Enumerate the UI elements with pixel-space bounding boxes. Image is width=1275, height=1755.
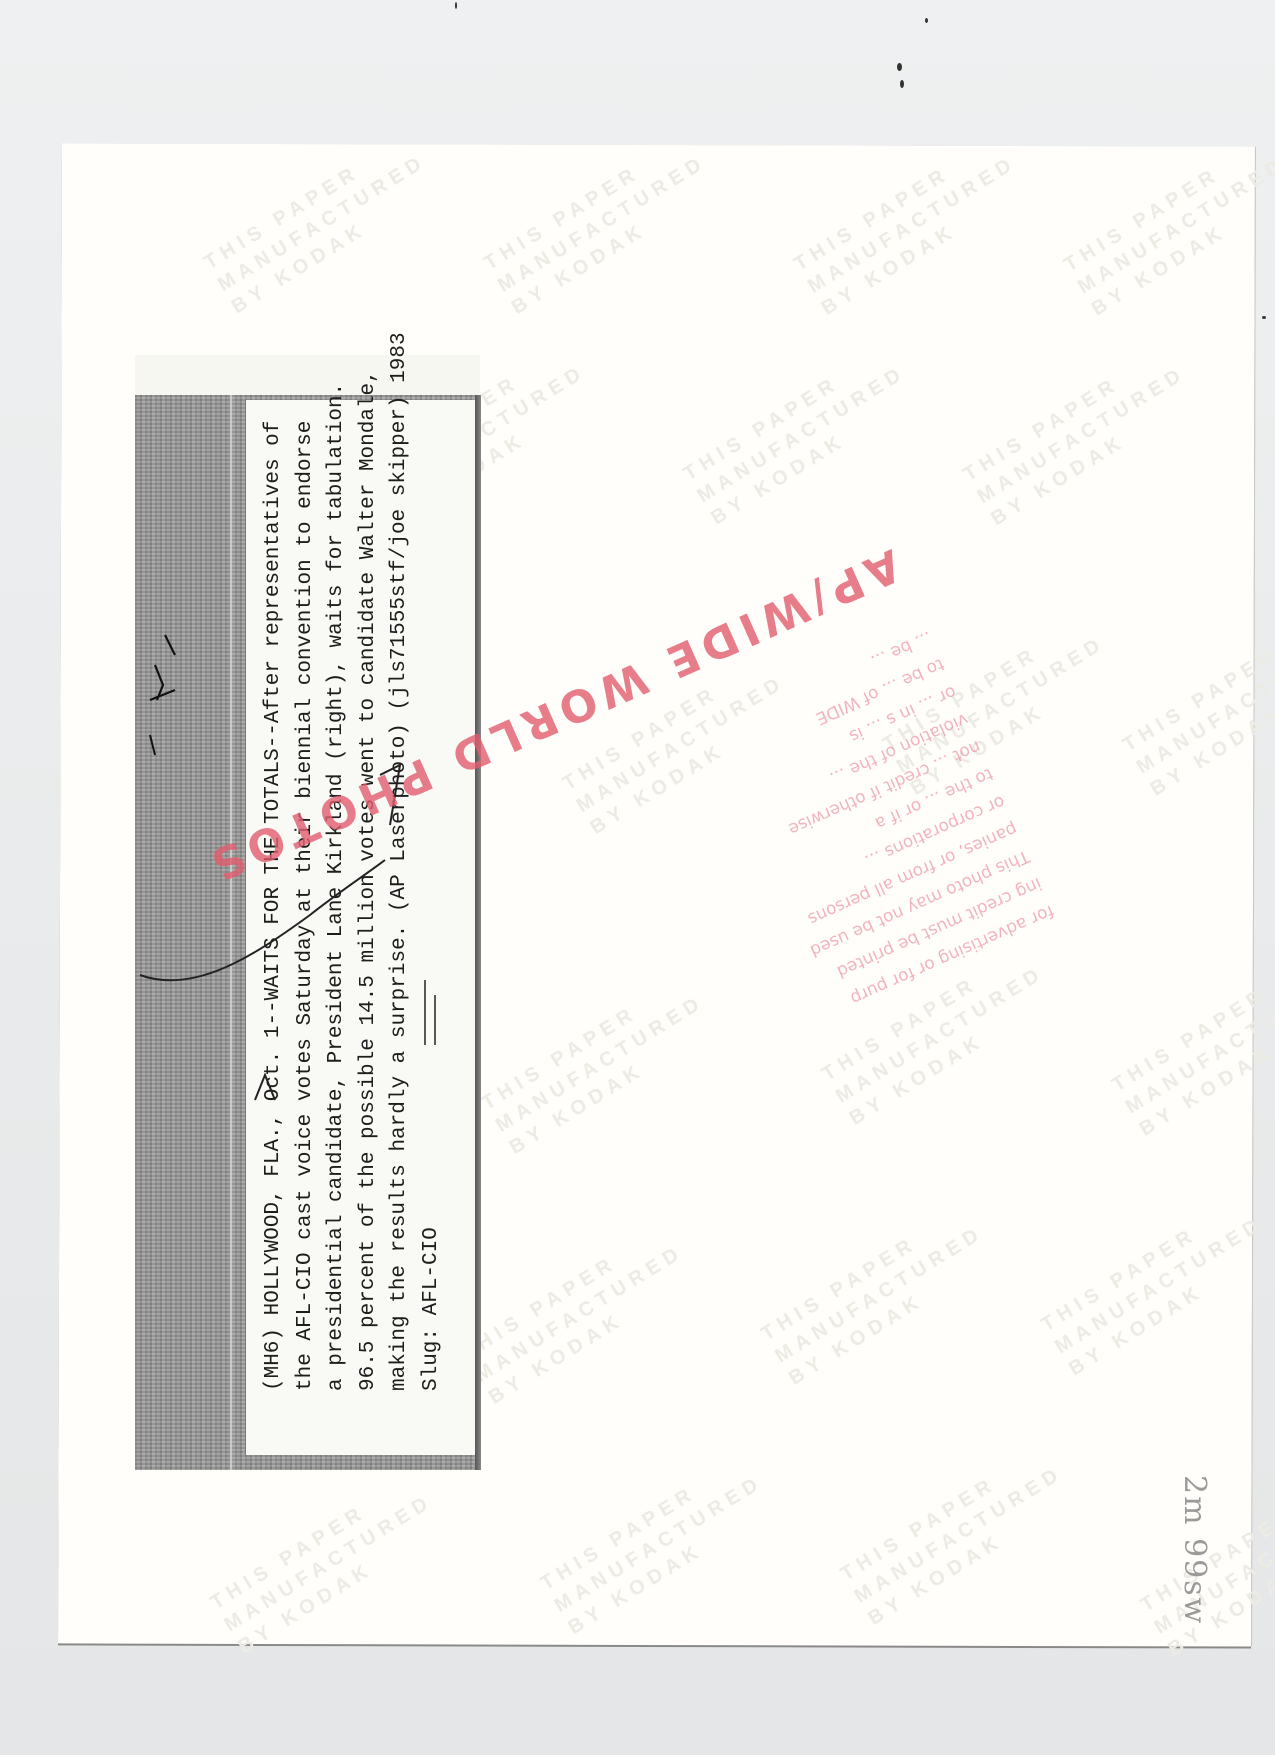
kodak-watermark: THIS PAPER MANUFACTURED BY KODAK [536,1447,782,1640]
caption-clipping: (MH6) HOLLYWOOD, FLA., Oct. 1--WAITS FOR… [135,355,480,1470]
caption-line-5: making the results hardly a surprise. (A… [384,369,416,1391]
caption-line-3: a presidential candidate, President Lane… [321,369,353,1391]
kodak-watermark: THIS PAPER MANUFACTURED BY KODAK [199,126,445,319]
clipping-fold-line [230,395,232,1470]
dust-speck [897,63,902,71]
kodak-watermark: THIS PAPER MANUFACTURED BY KODAK [1059,129,1275,322]
kodak-watermark: THIS PAPER MANUFACTURED BY KODAK [1107,949,1275,1142]
caption-line-1: (MH6) HOLLYWOOD, FLA., Oct. 1--WAITS FOR… [258,369,290,1391]
ap-wide-world-stamp: for advertising or for purp ing credit m… [470,500,1030,1140]
kodak-watermark: THIS PAPER MANUFACTURED BY KODAK [757,1198,1003,1391]
kodak-watermark: THIS PAPER MANUFACTURED BY KODAK [789,128,1035,321]
kodak-watermark: THIS PAPER MANUFACTURED BY KODAK [1118,609,1275,802]
handwritten-archive-note: 2m 99sw [1177,1475,1212,1625]
dust-speck [900,80,904,88]
kodak-watermark: THIS PAPER MANUFACTURED BY KODAK [1037,1189,1275,1382]
kodak-watermark: THIS PAPER MANUFACTURED BY KODAK [479,127,725,320]
kodak-watermark: THIS PAPER MANUFACTURED BY KODAK [206,1466,452,1659]
kodak-watermark: THIS PAPER MANUFACTURED BY KODAK [456,1217,702,1410]
dust-speck [925,18,928,23]
caption-line-4: 96.5 percent of the possible 14.5 millio… [353,369,385,1391]
caption-line-2: the AFL-CIO cast voice votes Saturday at… [290,369,322,1391]
caption-line-6: Slug: AFL-CIO [416,369,448,1391]
caption-text-block: (MH6) HOLLYWOOD, FLA., Oct. 1--WAITS FOR… [250,355,480,1405]
kodak-watermark: THIS PAPER MANUFACTURED BY KODAK [836,1438,1082,1631]
dust-speck [455,2,457,9]
dust-speck [1262,316,1266,319]
